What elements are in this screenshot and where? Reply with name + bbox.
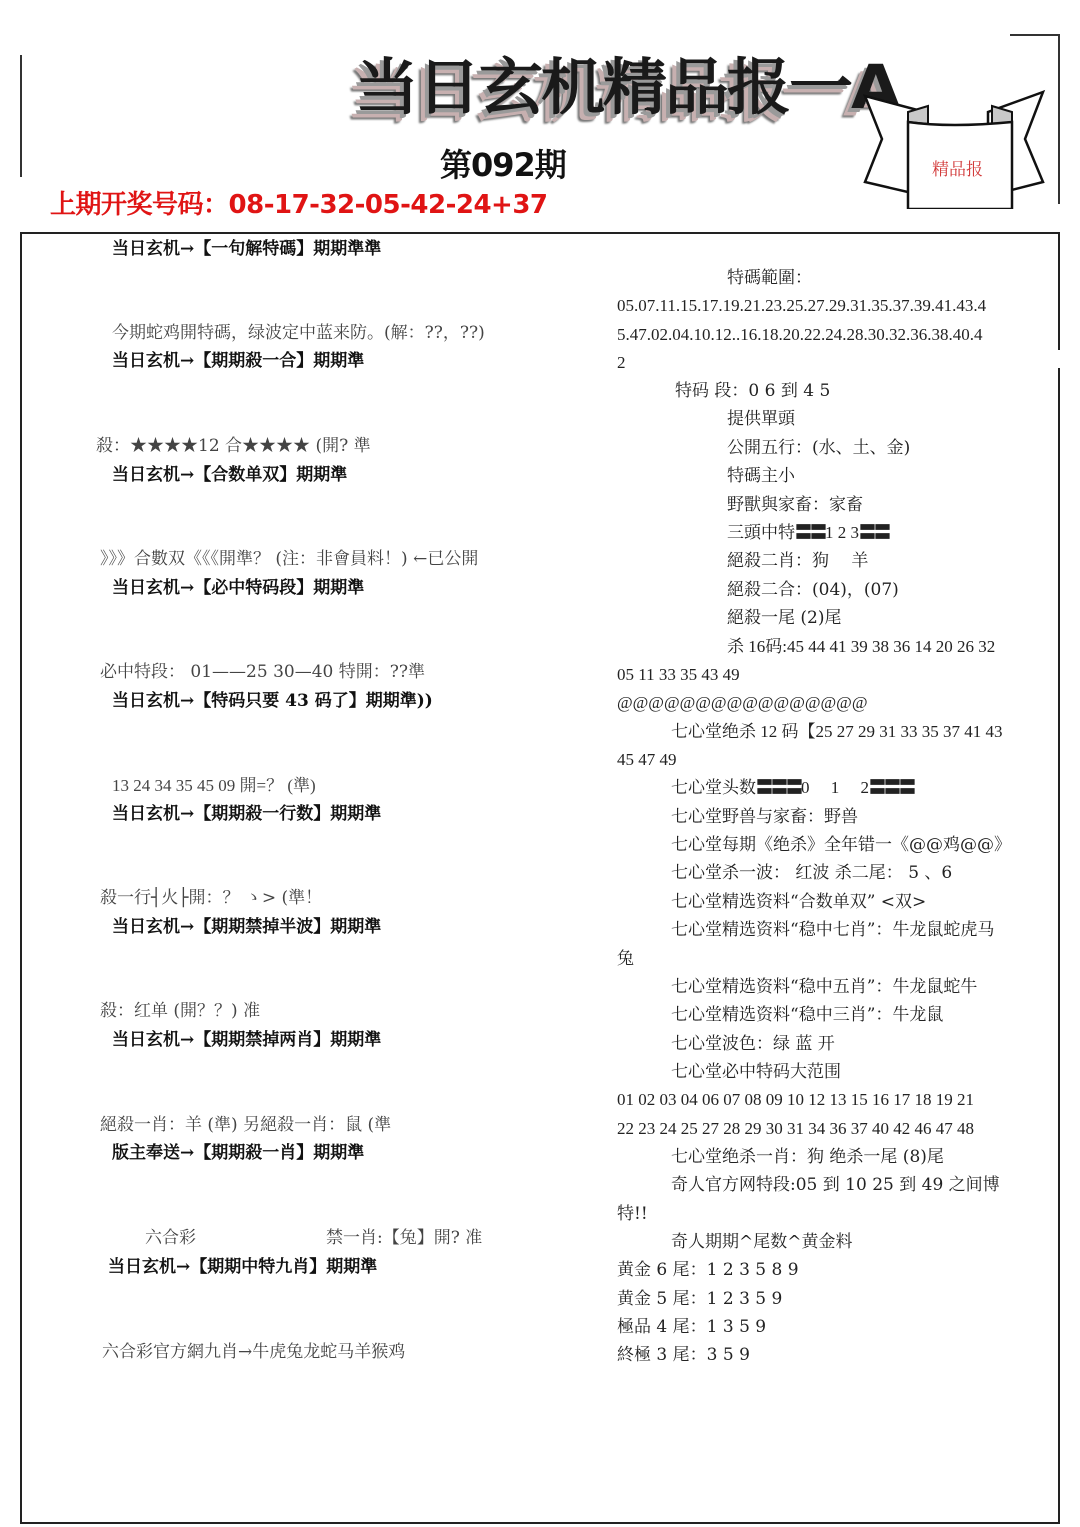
gold-title: 奇人期期^尾数^黄金料 — [671, 1231, 853, 1253]
page-title: 当日玄机精品报一A — [355, 50, 899, 126]
last-draw-numbers: 08-17-32-05-42-24+37 — [229, 190, 548, 220]
frame-top-border — [20, 232, 1060, 234]
kill-two-zodiac: 絕殺二肖：狗 羊 — [727, 550, 868, 572]
gold-row: 極品 4 尾：1 3 5 9 — [617, 1316, 766, 1338]
header-left-border — [20, 55, 22, 177]
size: 特碼主小 — [727, 465, 795, 487]
border-gap — [1055, 350, 1063, 368]
at-divider: @@@@@@@@@@@@@@@@ — [617, 692, 867, 714]
qxt-wave: 七心堂杀一波： 红波 杀二尾： 5 、6 — [671, 862, 952, 884]
big-range-line: 01 02 03 04 06 07 08 09 10 12 13 15 16 1… — [617, 1089, 974, 1111]
header-right-border-top — [1010, 34, 1060, 36]
range-line: 05.07.11.15.17.19.21.23.25.27.29.31.35.3… — [617, 295, 986, 317]
qiren-segment: 奇人官方网特段:05 到 10 25 到 49 之间博 — [671, 1174, 1000, 1196]
frame-right-border — [1058, 232, 1060, 1524]
bars-icon: 〓〓 — [795, 523, 825, 543]
kill-one-tail: 絕殺一尾 (2)尾 — [727, 607, 841, 629]
gold-row: 黄金 5 尾：1 2 3 5 9 — [617, 1288, 782, 1310]
frame-left-border — [20, 232, 22, 1524]
kill-two-sum: 絕殺二合：(04)，(07) — [727, 579, 899, 601]
section-content: 禁一肖:【兔】開? 准 — [326, 1227, 482, 1249]
qiren-segment: 特!! — [617, 1203, 648, 1225]
kill16-line: 05 11 33 35 43 49 — [617, 664, 740, 686]
qxt-kill-zodiac-tail: 七心堂绝杀一肖：狗 绝杀一尾 (8)尾 — [671, 1146, 944, 1168]
section-content: 殺一行┤火├開：？ ゝ> (準！ — [100, 887, 322, 909]
qxt-yearly: 七心堂每期《绝杀》全年错一《@@鸡@@》 — [671, 834, 1011, 856]
section-heading: 当日玄机→【特码只要 43 码了】期期準)) — [112, 690, 433, 712]
segment: 特码 段：0 6 到 4 5 — [675, 380, 830, 402]
qxt-kill12: 45 47 49 — [617, 749, 677, 771]
three-heads-value: 1 2 3 — [825, 523, 859, 542]
header-right-border — [1058, 34, 1060, 204]
frame-bottom-border — [20, 1522, 1060, 1524]
qxt-wild: 七心堂野兽与家畜：野兽 — [671, 806, 858, 828]
section-content: 必中特段： 01——25 30—40 特開：??準 — [100, 661, 425, 683]
section-content: 絕殺一肖：羊 (準) 另絕殺一肖：鼠 (準 — [100, 1114, 391, 1136]
ribbon-banner-icon — [860, 84, 1050, 209]
banner-label: 精品报 — [932, 155, 983, 180]
section-content: 六合彩官方網九肖→牛虎兔龙蛇马羊猴鸡 — [102, 1341, 405, 1363]
range-line: 5.47.02.04.10.12..16.18.20.22.24.28.30.3… — [617, 324, 983, 346]
three-heads: 三頭中特〓〓1 2 3〓〓 — [727, 522, 889, 544]
kill16-line: 杀 16码:45 44 41 39 38 36 14 20 26 32 — [727, 636, 995, 658]
section-heading: 当日玄机→【期期殺一行数】期期準 — [112, 803, 381, 825]
section-content: 六合彩 — [145, 1227, 196, 1249]
section-heading: 当日玄机→【期期禁掉半波】期期準 — [112, 916, 381, 938]
gold-row: 黄金 6 尾：1 2 3 5 8 9 — [617, 1259, 799, 1281]
bars-icon: 〓〓〓 — [756, 778, 801, 798]
section-content: 》》》合數双《《《開準？ (注：非會員料！) ←已公開 — [100, 548, 478, 570]
section-heading: 版主奉送→【期期殺一肖】期期準 — [112, 1142, 364, 1164]
gold-label: 極品 4 尾： — [617, 1317, 707, 1337]
qxt-three: 七心堂精选资料“稳中三肖”：牛龙鼠 — [671, 1004, 943, 1026]
section-heading: 当日玄机→【一句解特碼】期期準準 — [112, 238, 381, 260]
section-heading: 当日玄机→【期期殺一合】期期準 — [112, 350, 364, 372]
section-heading: 当日玄机→【合数单双】期期準 — [112, 464, 347, 486]
range-line: 2 — [617, 352, 626, 374]
gold-value: 1 2 3 5 9 — [707, 1289, 783, 1309]
section-content: 殺：★★★★12 合★★★★ (開? 準 — [96, 435, 371, 457]
section-heading: 当日玄机→【必中特码段】期期準 — [112, 577, 364, 599]
bars-icon: 〓〓〓 — [869, 778, 914, 798]
qxt-heads: 七心堂头数〓〓〓0 1 2〓〓〓 — [671, 777, 914, 799]
qxt-heads-label: 七心堂头数 — [671, 778, 756, 798]
five-elements: 公開五行：(水、土、金) — [727, 437, 910, 459]
single-head: 提供單頭 — [727, 408, 795, 430]
gold-row: 終極 3 尾：3 5 9 — [617, 1344, 750, 1366]
qxt-color: 七心堂波色：绿 蓝 开 — [671, 1033, 835, 1055]
issue-number: 第092期 — [440, 140, 566, 186]
bars-icon: 〓〓 — [859, 523, 889, 543]
section-heading: 当日玄机→【期期中特九肖】期期準 — [108, 1256, 377, 1278]
range-title: 特碼範圍： — [727, 267, 812, 289]
gold-value: 1 2 3 5 8 9 — [707, 1260, 799, 1280]
qxt-seven: 兔 — [617, 948, 634, 970]
qxt-big-range: 七心堂必中特码大范围 — [671, 1061, 841, 1083]
big-range-line: 22 23 24 25 27 28 29 30 31 34 36 37 40 4… — [617, 1118, 974, 1140]
gold-label: 終極 3 尾： — [617, 1345, 707, 1365]
gold-value: 1 3 5 9 — [707, 1317, 766, 1337]
section-heading: 当日玄机→【期期禁掉两肖】期期準 — [112, 1029, 381, 1051]
wild-domestic: 野獸與家畜：家畜 — [727, 494, 863, 516]
three-heads-label: 三頭中特 — [727, 523, 795, 543]
section-content: 今期蛇鸡開特碼，绿波定中蓝来防。(解：??，??) — [112, 322, 485, 344]
section-content: 13 24 34 35 45 09 開=？ (準) — [112, 775, 316, 797]
qxt-heads-value: 0 1 2 — [801, 778, 869, 797]
last-draw-label: 上期开奖号码： — [50, 190, 229, 220]
gold-value: 3 5 9 — [707, 1345, 750, 1365]
section-content: 殺：红单 (開？？) 准 — [100, 1000, 260, 1022]
qxt-oddeven: 七心堂精选资料“合数单双” <双> — [671, 891, 926, 913]
qxt-seven: 七心堂精选资料“稳中七肖”：牛龙鼠蛇虎马 — [671, 919, 994, 941]
last-draw-result: 上期开奖号码：08-17-32-05-42-24+37 — [50, 184, 548, 221]
qxt-kill12: 七心堂绝杀 12 码【25 27 29 31 33 35 37 41 43 — [671, 721, 1003, 743]
qxt-five: 七心堂精选资料“稳中五肖”：牛龙鼠蛇牛 — [671, 976, 977, 998]
gold-label: 黄金 5 尾： — [617, 1289, 707, 1309]
gold-label: 黄金 6 尾： — [617, 1260, 707, 1280]
